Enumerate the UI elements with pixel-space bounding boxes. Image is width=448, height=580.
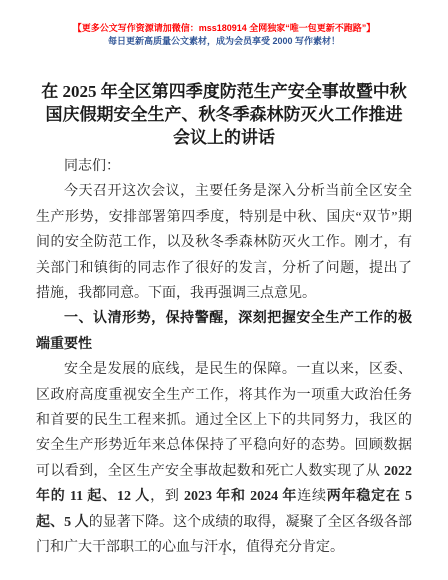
page-number: 1 xyxy=(0,546,448,558)
promo-line-red: 【更多公文写作资源请加微信：mss180914 全网独家“唯一包更新不跑路”】 xyxy=(36,22,412,35)
section-heading: 一、认清形势，保持警醒，深刻把握安全生产工作的极端重要性 xyxy=(36,306,412,357)
promo-line-blue: 每日更新高质量公文素材，成为会员享受 2000 写作素材！ xyxy=(36,35,412,48)
document-page: 【更多公文写作资源请加微信：mss180914 全网独家“唯一包更新不跑路”】 … xyxy=(0,0,448,580)
paragraph: 安全是发展的底线，是民生的保障。一直以来，区委、区政府高度重视安全生产工作，将其… xyxy=(36,357,412,560)
document-body: 同志们： 今天召开这次会议，主要任务是深入分析当前全区安全生产形势，安排部署第四… xyxy=(36,154,412,561)
paragraph: 今天召开这次会议，主要任务是深入分析当前全区安全生产形势，安排部署第四季度，特别… xyxy=(36,179,412,306)
promo-header: 【更多公文写作资源请加微信：mss180914 全网独家“唯一包更新不跑路”】 … xyxy=(36,22,412,48)
paragraph-container: 今天召开这次会议，主要任务是深入分析当前全区安全生产形势，安排部署第四季度，特别… xyxy=(36,179,412,560)
salutation: 同志们： xyxy=(36,154,412,179)
document-title: 在 2025 年全区第四季度防范生产安全事故暨中秋国庆假期安全生产、秋冬季森林防… xyxy=(38,80,410,149)
